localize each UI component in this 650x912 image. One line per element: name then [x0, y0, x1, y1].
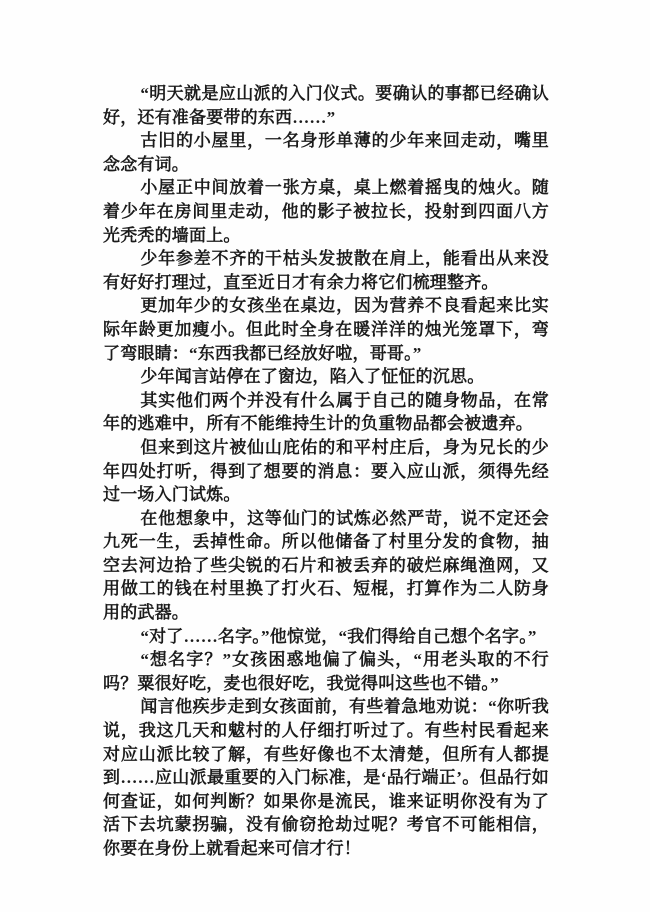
paragraph: “明天就是应山派的入门仪式。要确认的事都已经确认好，还有准备要带的东西……”: [103, 82, 549, 129]
paragraph: “想名字？”女孩困惑地偏了偏头，“用老头取的不行吗？粟很好吃，麦也很好吃，我觉得…: [103, 648, 549, 695]
paragraph: 小屋正中间放着一张方桌，桌上燃着摇曳的烛火。随着少年在房间里走动，他的影子被拉长…: [103, 176, 549, 247]
paragraph: 少年参差不齐的干枯头发披散在肩上，能看出从来没有好好打理过，直至近日才有余力将它…: [103, 247, 549, 294]
novel-text-block: “明天就是应山派的入门仪式。要确认的事都已经确认好，还有准备要带的东西……”古旧…: [103, 82, 549, 861]
paragraph: 其实他们两个并没有什么属于自己的随身物品，在常年的逃难中，所有不能维持生计的负重…: [103, 389, 549, 436]
paragraph: 在他想象中，这等仙门的试炼必然严苛，说不定还会九死一生，丢掉性命。所以他储备了村…: [103, 507, 549, 625]
paragraph: 闻言他疾步走到女孩面前，有些着急地劝说：“你听我说，我这几天和魃村的人仔细打听过…: [103, 695, 549, 860]
paragraph: “对了……名字。”他惊觉，“我们得给自己想个名字。”: [103, 625, 549, 649]
paragraph: 更加年少的女孩坐在桌边，因为营养不良看起来比实际年龄更加瘦小。但此时全身在暖洋洋…: [103, 294, 549, 365]
book-page: “明天就是应山派的入门仪式。要确认的事都已经确认好，还有准备要带的东西……”古旧…: [0, 0, 650, 912]
paragraph: 古旧的小屋里，一名身形单薄的少年来回走动，嘴里念念有词。: [103, 129, 549, 176]
paragraph: 少年闻言站停在了窗边，陷入了怔怔的沉思。: [103, 365, 549, 389]
paragraph: 但来到这片被仙山庇佑的和平村庄后，身为兄长的少年四处打听，得到了想要的消息：要入…: [103, 436, 549, 507]
